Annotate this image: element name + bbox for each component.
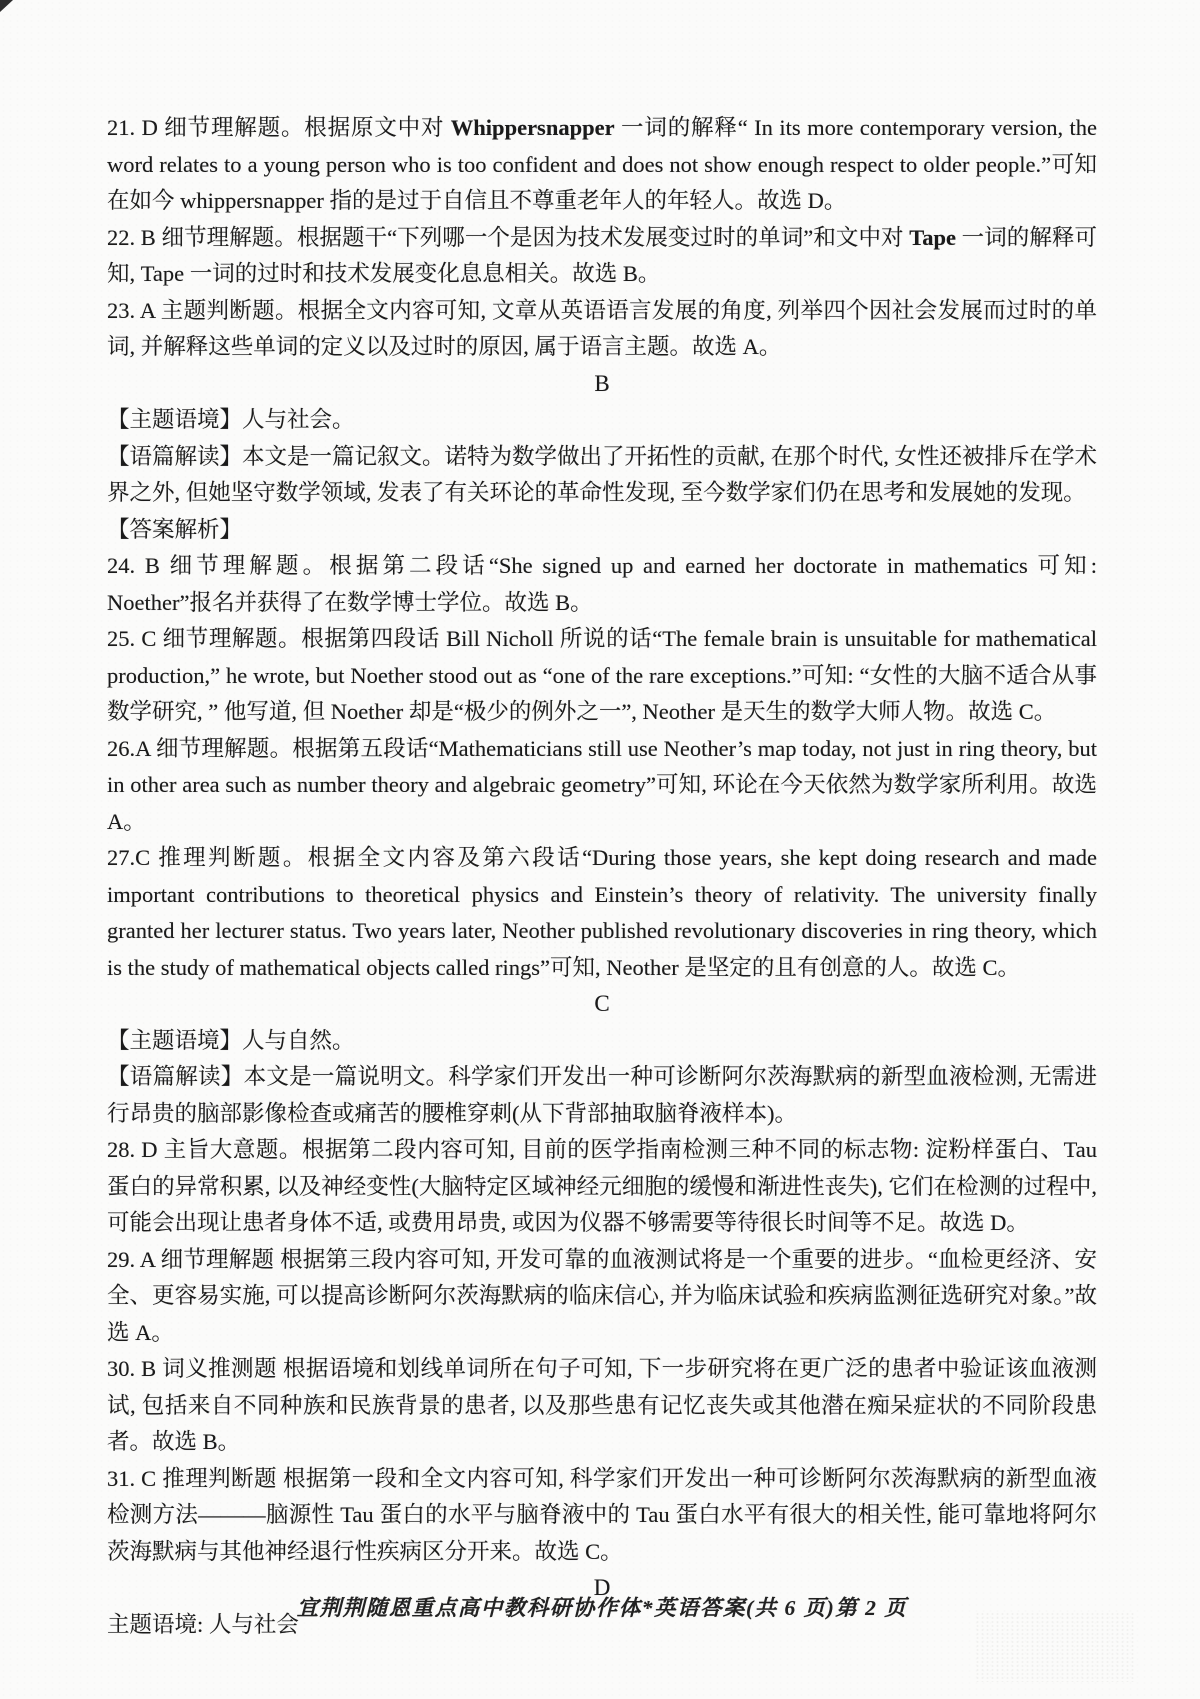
text-run: 26.A 细节理解题。根据第五段话“Mathematicians still u…	[107, 736, 1097, 834]
explanation-31: 31. C 推理判断题 根据第一段和全文内容可知, 科学家们开发出一种可诊断阿尔…	[107, 1461, 1097, 1571]
text-run: 【答案解析】	[107, 517, 242, 542]
text-run: 22. B 细节理解题。根据题干“下列哪一个是因为技术发展变过时的单词”和文中对	[107, 225, 909, 250]
page-footer: 宜荆荆随恩重点高中教科研协作体*英语答案(共 6 页)第 2 页	[107, 1593, 1097, 1623]
bold-term: Tape	[909, 225, 956, 250]
scan-artifact-corner	[0, 0, 13, 12]
explanation-29: 29. A 细节理解题 根据第三段内容可知, 开发可靠的血液测试将是一个重要的进…	[107, 1242, 1097, 1352]
answer-analysis-heading: 【答案解析】	[107, 512, 1097, 549]
text-run: 【语篇解读】本文是一篇记叙文。诺特为数学做出了开拓性的贡献, 在那个时代, 女性…	[107, 444, 1097, 506]
text-run: 【主题语境】人与社会。	[107, 407, 355, 432]
text-run: 23. A 主题判断题。根据全文内容可知, 文章从英语语言发展的角度, 列举四个…	[107, 298, 1097, 360]
scanned-answer-page: 21. D 细节理解题。根据原文中对 Whippersnapper 一词的解释“…	[0, 0, 1200, 1699]
explanation-27: 27.C 推理判断题。根据全文内容及第六段话“During those year…	[107, 840, 1097, 986]
text-run: 24. B 细节理解题。根据第二段话“She signed up and ear…	[107, 553, 1097, 615]
section-letter-b: B	[107, 366, 1097, 403]
explanation-23: 23. A 主题判断题。根据全文内容可知, 文章从英语语言发展的角度, 列举四个…	[107, 293, 1097, 366]
explanation-28: 28. D 主旨大意题。根据第二段内容可知, 目前的医学指南检测三种不同的标志物…	[107, 1132, 1097, 1242]
text-run: 28. D 主旨大意题。根据第二段内容可知, 目前的医学指南检测三种不同的标志物…	[107, 1137, 1097, 1235]
text-run: 31. C 推理判断题 根据第一段和全文内容可知, 科学家们开发出一种可诊断阿尔…	[107, 1466, 1097, 1564]
text-run: 25. C 细节理解题。根据第四段话 Bill Nicholl 所说的话“The…	[107, 626, 1097, 724]
text-run: 27.C 推理判断题。根据全文内容及第六段话“During those year…	[107, 845, 1097, 980]
topic-context-b: 【主题语境】人与社会。	[107, 402, 1097, 439]
section-letter-c: C	[107, 986, 1097, 1023]
topic-context-c: 【主题语境】人与自然。	[107, 1023, 1097, 1060]
text-run: 【主题语境】人与自然。	[107, 1028, 355, 1053]
explanation-26: 26.A 细节理解题。根据第五段话“Mathematicians still u…	[107, 731, 1097, 841]
text-run: 21. D 细节理解题。根据原文中对	[107, 115, 451, 140]
explanation-22: 22. B 细节理解题。根据题干“下列哪一个是因为技术发展变过时的单词”和文中对…	[107, 220, 1097, 293]
passage-analysis-c: 【语篇解读】本文是一篇说明文。科学家们开发出一种可诊断阿尔茨海默病的新型血液检测…	[107, 1059, 1097, 1132]
explanation-25: 25. C 细节理解题。根据第四段话 Bill Nicholl 所说的话“The…	[107, 621, 1097, 731]
explanation-24: 24. B 细节理解题。根据第二段话“She signed up and ear…	[107, 548, 1097, 621]
answer-blocks: 21. D 细节理解题。根据原文中对 Whippersnapper 一词的解释“…	[107, 110, 1097, 1643]
bold-term: Whippersnapper	[451, 115, 615, 140]
text-run: 30. B 词义推测题 根据语境和划线单词所在句子可知, 下一步研究将在更广泛的…	[107, 1356, 1097, 1454]
text-run: 【语篇解读】本文是一篇说明文。科学家们开发出一种可诊断阿尔茨海默病的新型血液检测…	[107, 1064, 1097, 1126]
explanation-21: 21. D 细节理解题。根据原文中对 Whippersnapper 一词的解释“…	[107, 110, 1097, 220]
explanation-30: 30. B 词义推测题 根据语境和划线单词所在句子可知, 下一步研究将在更广泛的…	[107, 1351, 1097, 1461]
text-run: 29. A 细节理解题 根据第三段内容可知, 开发可靠的血液测试将是一个重要的进…	[107, 1247, 1097, 1345]
passage-analysis-b: 【语篇解读】本文是一篇记叙文。诺特为数学做出了开拓性的贡献, 在那个时代, 女性…	[107, 439, 1097, 512]
